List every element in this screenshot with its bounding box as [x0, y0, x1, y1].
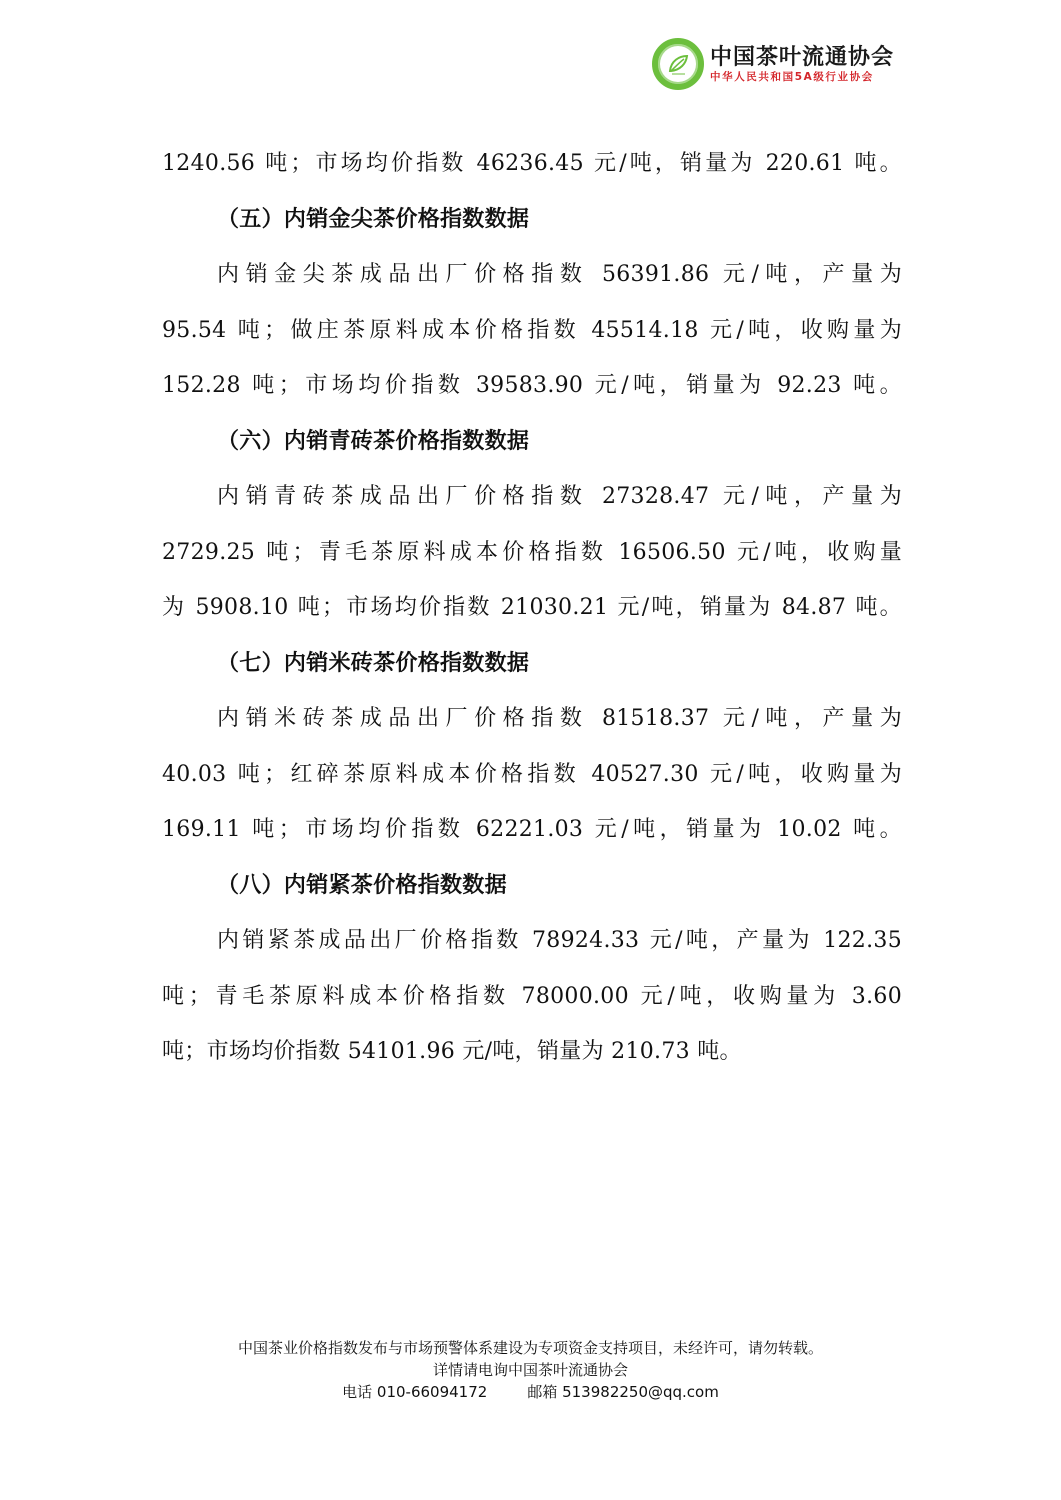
section-heading: （六）内销青砖茶价格指数数据 [162, 414, 902, 470]
paragraph-line: 内销金尖茶成品出厂价格指数 56391.86 元/吨，产量为 [162, 247, 902, 303]
footer-phone: 电话 010-66094172 [342, 1381, 487, 1403]
section-heading: （五）内销金尖茶价格指数数据 [162, 192, 902, 248]
section-heading: （七）内销米砖茶价格指数数据 [162, 636, 902, 692]
paragraph-line: 吨；青毛茶原料成本价格指数 78000.00 元/吨，收购量为 3.60 [162, 969, 902, 1025]
paragraph-line: 40.03 吨；红碎茶原料成本价格指数 40527.30 元/吨，收购量为 [162, 747, 902, 803]
footer-contact: 电话 010-66094172邮箱 513982250@qq.com [0, 1381, 1061, 1403]
document-body: 1240.56 吨；市场均价指数 46236.45 元/吨，销量为 220.61… [162, 136, 902, 1080]
intro-paragraph-line: 1240.56 吨；市场均价指数 46236.45 元/吨，销量为 220.61… [162, 136, 902, 192]
footer-email: 邮箱 513982250@qq.com [527, 1381, 719, 1403]
section-jinjian: （五）内销金尖茶价格指数数据 内销金尖茶成品出厂价格指数 56391.86 元/… [162, 192, 902, 414]
footer-inquiry: 详情请电询中国茶叶流通协会 [0, 1359, 1061, 1381]
org-name: 中国茶叶流通协会 [710, 44, 894, 70]
paragraph-line: 内销青砖茶成品出厂价格指数 27328.47 元/吨，产量为 [162, 469, 902, 525]
footer-notice: 中国茶业价格指数发布与市场预警体系建设为专项资金支持项目，未经许可，请勿转载。 [0, 1337, 1061, 1359]
org-logo: 中国茶叶流通协会 中华人民共和国5A级行业协会 [652, 38, 894, 90]
page-footer: 中国茶业价格指数发布与市场预警体系建设为专项资金支持项目，未经许可，请勿转载。 … [0, 1337, 1061, 1403]
paragraph-line: 内销紧茶成品出厂价格指数 78924.33 元/吨，产量为 122.35 [162, 913, 902, 969]
paragraph-line: 152.28 吨；市场均价指数 39583.90 元/吨，销量为 92.23 吨… [162, 358, 902, 414]
paragraph-line: 2729.25 吨；青毛茶原料成本价格指数 16506.50 元/吨，收购量 [162, 525, 902, 581]
paragraph-line: 95.54 吨；做庄茶原料成本价格指数 45514.18 元/吨，收购量为 [162, 303, 902, 359]
section-mizhuan: （七）内销米砖茶价格指数数据 内销米砖茶成品出厂价格指数 81518.37 元/… [162, 636, 902, 858]
section-qingzhuan: （六）内销青砖茶价格指数数据 内销青砖茶成品出厂价格指数 27328.47 元/… [162, 414, 902, 636]
paragraph-line: 吨；市场均价指数 54101.96 元/吨，销量为 210.73 吨。 [162, 1024, 902, 1080]
paragraph-line: 为 5908.10 吨；市场均价指数 21030.21 元/吨，销量为 84.8… [162, 580, 902, 636]
paragraph-line: 169.11 吨；市场均价指数 62221.03 元/吨，销量为 10.02 吨… [162, 802, 902, 858]
section-heading: （八）内销紧茶价格指数数据 [162, 858, 902, 914]
paragraph-line: 内销米砖茶成品出厂价格指数 81518.37 元/吨，产量为 [162, 691, 902, 747]
org-subtitle: 中华人民共和国5A级行业协会 [710, 70, 894, 84]
section-jincha: （八）内销紧茶价格指数数据 内销紧茶成品出厂价格指数 78924.33 元/吨，… [162, 858, 902, 1080]
tea-leaf-badge-icon [652, 38, 704, 90]
